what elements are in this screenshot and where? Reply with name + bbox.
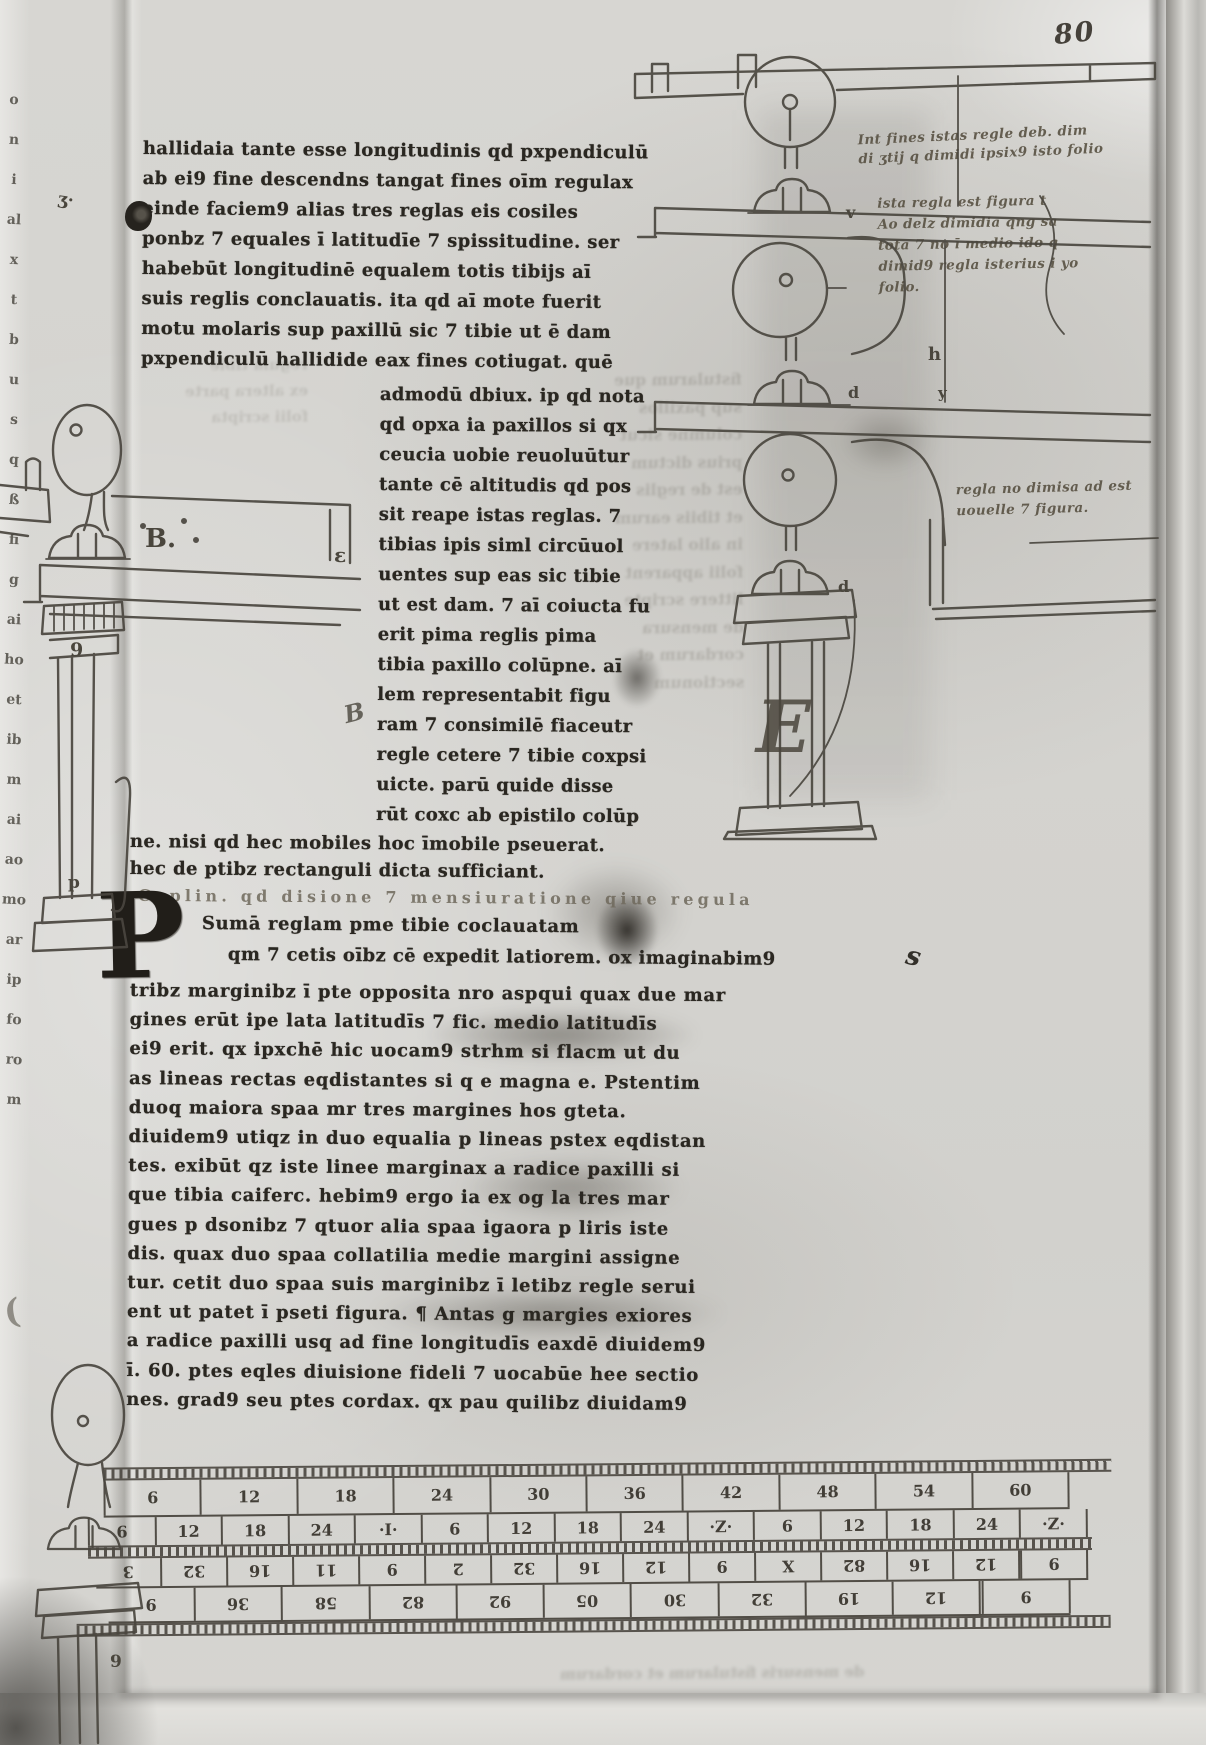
text-line: suis reglis conclauatis. ita qd aī mote … [141,284,647,318]
label-v: v [845,203,856,222]
ruler-cell: 12 [894,1581,982,1615]
ruler-cell: 9 [360,1556,426,1585]
legs-bottom [58,1634,98,1743]
trefoil-base [49,525,125,558]
ruler-cell: 18 [553,1513,620,1542]
ruler-cell: 6 [753,1511,820,1540]
edge-letter: al [0,199,28,240]
ruler-cell: 32 [492,1555,558,1584]
ruler-cell: 24 [953,1510,1020,1539]
ruler-cell: 18 [221,1516,288,1545]
ruler-cell: 58 [283,1586,371,1620]
ruler-cell: X [756,1552,822,1581]
right-apparatus-diagram: v d h y d E [590,40,1170,840]
beam-b [638,208,1150,247]
trefoil-3 [752,561,828,594]
ruler-cell: 9 [108,1588,196,1622]
edge-letter: x [0,239,28,280]
ruler-cell: 54 [875,1473,972,1509]
wheel-2 [733,243,827,337]
text-line: habebūt longitudinē equalem totis tibijs… [142,254,648,288]
left-apparatus-diagram: B. ε 9 p [0,350,370,1010]
label-h: h [928,344,941,365]
right-page-edge [1166,0,1206,1745]
edge-letter: m [0,1079,28,1120]
column-base-right [724,802,876,839]
ruler-cell: 12 [200,1479,297,1515]
ruler-cell: 6 [420,1514,487,1543]
bracket-3-post [930,518,943,605]
ruler-cell: 05 [545,1584,633,1618]
edge-letter: i [0,159,28,200]
note-brace [1040,196,1064,334]
capital-slab [50,635,118,658]
beam-c [638,402,1150,442]
label-y: y [937,384,948,402]
bracket-2 [848,237,905,354]
margin-mark: ʒ· [57,189,75,211]
label-q-shaft: 9 [110,1652,122,1672]
ruler-cell: 60 [971,1472,1070,1508]
label-b: B. [145,524,176,554]
ruler-cell: 19 [806,1582,894,1616]
wheel-eye-bottom [78,1416,88,1426]
stem-3 [786,526,796,550]
ruler-cell: ·I· [354,1515,421,1544]
ruler-cell: 9 [1020,1550,1088,1579]
ruler-cell: 12 [487,1514,554,1543]
edge-letter: ro [0,1039,28,1080]
text-block-upper: hallidaia tante esse longitudinis qd pxp… [141,134,649,378]
text-line: einde faciem9 alias tres reglas eis cosi… [142,194,648,228]
edge-letter: o [0,79,28,120]
ruler-cell: 24 [287,1515,354,1544]
column-base [33,894,127,951]
wheel-3-hub [783,470,794,481]
wheel-head-bottom [52,1365,124,1465]
bleed-through-text: de mensuris fistularum et cordarum [560,1663,864,1684]
initial-d [125,201,152,231]
stem-2 [786,338,796,360]
label-p: p [68,873,80,893]
wheel-eye [71,425,82,436]
wheel-1-hub [783,95,797,109]
dot [182,519,186,523]
hook-curve [112,778,130,912]
ruler-cell: 6 [103,1480,200,1516]
ruler-cell: 2 [426,1555,492,1584]
text-line: ponbz 7 equales ī latitudīe 7 spissitudi… [142,224,648,258]
stub-beam [0,485,50,536]
ruler-cell: ·Z· [1019,1509,1088,1538]
text-line: motu molaris sup paxillū sic 7 tibie ut … [141,314,647,348]
ruler-cell: 9 [981,1580,1071,1614]
ruler-cell: 32 [719,1582,807,1616]
text-block-chapter: tribz marginibz ī pte opposita nro aspqu… [126,976,726,1419]
ruler-cell: ·Z· [686,1512,753,1541]
ruler-cell: 12 [820,1511,887,1540]
ruler-cell: 30 [489,1476,586,1512]
label-d-tier3: d [838,577,849,596]
label-e-flourish: E [754,684,812,769]
trefoil-2 [754,371,830,404]
stem-1 [785,110,797,168]
edge-letter: n [0,119,28,160]
top-bar [635,63,1155,98]
wheel-2-hub [780,274,792,286]
ruler-cell: 16 [228,1557,294,1586]
wheel-head [53,405,121,495]
ruler-cell: 36 [196,1587,284,1621]
ruler-cell: 12 [954,1551,1020,1580]
ruler-cell: 18 [886,1510,953,1539]
trefoil-1 [754,179,830,212]
ruler-cell: 12 [154,1517,221,1546]
text-line: ei9 erit. qx ipxchē hic uocam9 strhm si … [129,1034,725,1068]
ruler-cell: 12 [624,1553,690,1582]
dot [194,538,198,542]
label-d-tier2: d [848,383,859,402]
text-line: hallidaia tante esse longitudinis qd pxp… [143,134,649,168]
ruler-cell: 16 [888,1551,954,1580]
ruler-cell: 36 [585,1476,682,1512]
text-line: ab ei9 fine descendns tangat fines oīm r… [142,164,648,198]
ruler-cell: 42 [682,1475,779,1511]
ruler-cell: 82 [822,1552,888,1581]
ruler-cell: 3 [96,1558,162,1587]
ghost-line: de mensuris fistularum et cordarum [560,1663,864,1684]
ruler-cell: 24 [620,1513,687,1542]
edge-letter: t [0,279,28,320]
ruler-cell: 32 [162,1558,228,1587]
ruler-cell: 16 [558,1554,624,1583]
ruler-cell: 48 [778,1474,875,1510]
label-nine: 9 [70,639,83,661]
ruler-cell: 11 [294,1556,360,1585]
short-rule [1030,538,1158,543]
ruler-cell: 92 [457,1585,545,1619]
ruler-cell: 6 [88,1517,155,1546]
ruler-cell: 24 [393,1477,490,1513]
pedestal [734,590,856,644]
label-epsilon: ε [334,543,346,567]
stub-peg [26,459,40,491]
text-line: que tibia caiferc. hebim9 ergo ia ex og … [128,1180,724,1214]
column-shaft [58,654,94,898]
ruler-cell: 82 [370,1586,458,1620]
ruler-cell: 9 [690,1553,756,1582]
chord-scale-ruler: 6121824303642485460 6121824·I·6121824·Z·… [57,1459,1136,1637]
ruler-cell: 18 [296,1478,393,1514]
ruler-cell: 30 [632,1583,720,1617]
long-rule [933,600,1155,619]
